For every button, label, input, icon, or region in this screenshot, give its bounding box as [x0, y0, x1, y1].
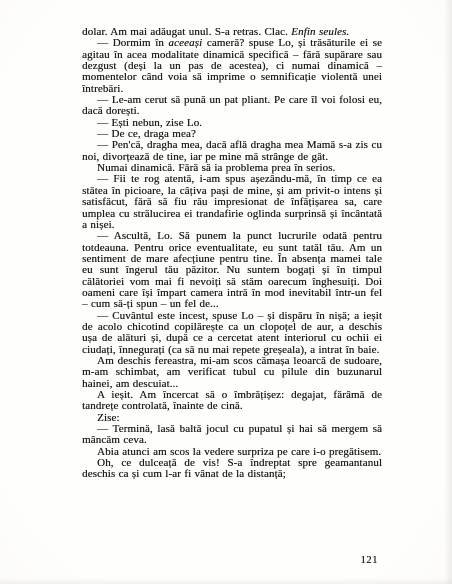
- text-run: — Fii te rog atentă, i-am spus așezându-…: [82, 173, 382, 230]
- paragraph: — Cuvântul este incest, spuse Lo – și di…: [82, 311, 382, 356]
- italic-text: Enfin seules.: [291, 26, 349, 38]
- paragraph: — Dormim în aceeași cameră? spuse Lo, și…: [82, 38, 382, 95]
- scan-edge-shading: [444, 0, 452, 584]
- text-run: Numai dinamică. Fără să ia problema prea…: [97, 162, 335, 174]
- text-run: — Le-am cerut să pună un pat pliant. Pe …: [82, 94, 382, 117]
- paragraph: Oh, ce dulceață de vis! S-a îndreptat sp…: [82, 458, 382, 481]
- text-run: Abia atunci am scos la vedere surpriza p…: [97, 446, 381, 458]
- paragraph: A ieșit. Am încercat să o îmbrățișez: de…: [82, 390, 382, 413]
- paragraph: Am deschis fereastra, mi-am scos cămașa …: [82, 356, 382, 390]
- text-column: dolar. Am mai adăugat unul. S-a retras. …: [82, 27, 382, 481]
- text-run: — Pen'că, dragha mea, dacă află dragha m…: [82, 139, 382, 162]
- paragraph: — Pen'că, dragha mea, dacă află dragha m…: [82, 140, 382, 163]
- paragraph: — Fii te rog atentă, i-am spus așezându-…: [82, 174, 382, 231]
- text-run: — Ești nebun, zise Lo.: [97, 117, 202, 129]
- paragraph: — Le-am cerut să pună un pat pliant. Pe …: [82, 95, 382, 118]
- text-run: A ieșit. Am încercat să o îmbrățișez: de…: [82, 389, 382, 412]
- page-number: 121: [82, 555, 382, 566]
- text-run: — De ce, draga mea?: [97, 128, 196, 140]
- text-run: — Ascultă, Lo. Să punem la punct lucruri…: [82, 230, 382, 310]
- text-run: — Cuvântul este incest, spuse Lo – și di…: [82, 310, 382, 356]
- scan-edge-shading: [0, 578, 452, 584]
- text-run: Am deschis fereastra, mi-am scos cămașa …: [82, 355, 382, 390]
- text-run: Oh, ce dulceață de vis! S-a îndreptat sp…: [82, 457, 382, 480]
- paragraph: — Termină, lasă baltă jocul cu pupatul ș…: [82, 424, 382, 447]
- text-run: — Termină, lasă baltă jocul cu pupatul ș…: [82, 423, 382, 446]
- text-run: Zise:: [97, 412, 120, 424]
- italic-text: aceeași: [168, 37, 202, 49]
- paragraph: — Ascultă, Lo. Să punem la punct lucruri…: [82, 231, 382, 310]
- text-run: dolar. Am mai adăugat unul. S-a retras. …: [82, 26, 291, 38]
- book-page-scan: dolar. Am mai adăugat unul. S-a retras. …: [0, 0, 452, 584]
- text-run: — Dormim în: [97, 37, 168, 49]
